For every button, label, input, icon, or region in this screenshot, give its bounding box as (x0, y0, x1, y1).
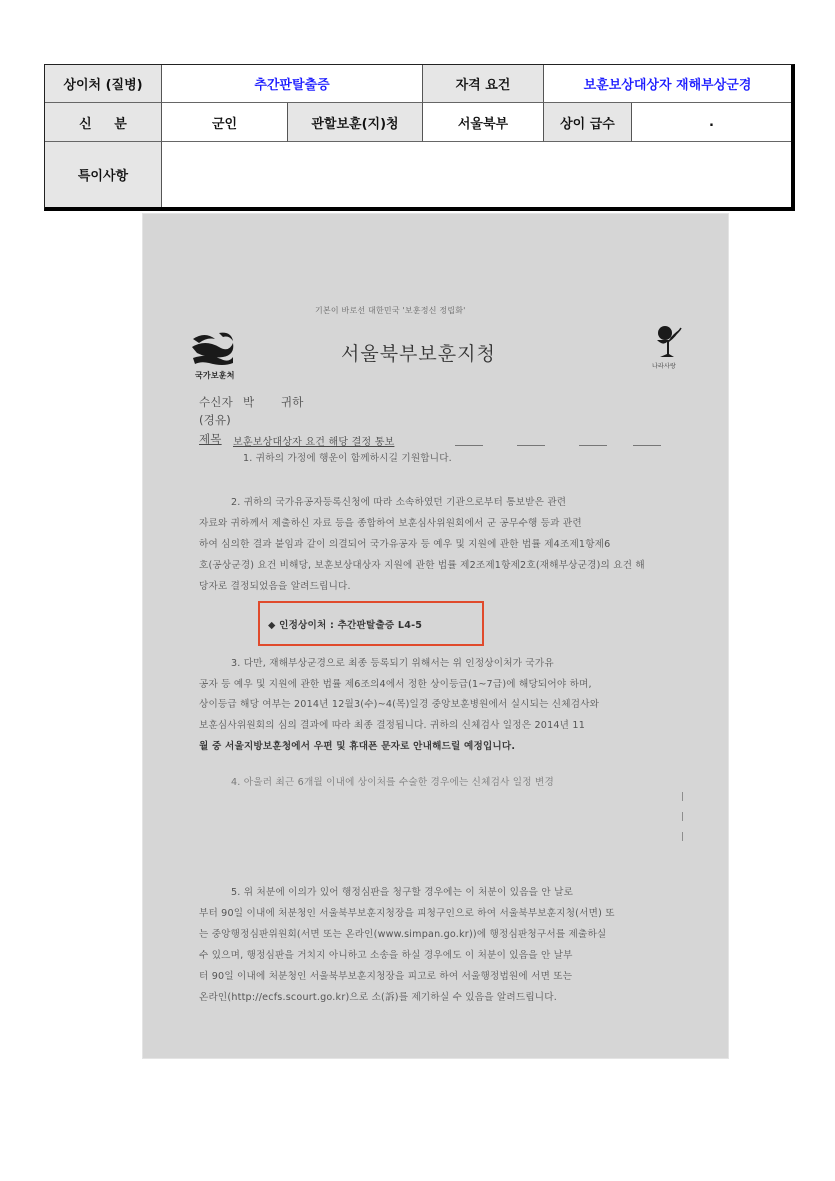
injury-grade-label: 상이 급수 (544, 103, 632, 142)
paragraph-3-line: 3. 다만, 재해부상군경으로 최종 등록되기 위해서는 위 인정상이처가 국가… (231, 655, 554, 669)
paragraph-1: 1. 귀하의 가정에 행운이 함께하시길 기원합니다. (243, 450, 452, 464)
paragraph-2-line: 하여 심의한 결과 붙임과 같이 의결되어 국가유공자 등 예우 및 지원에 관… (199, 536, 610, 550)
paragraph-3-line: 보훈심사위원회의 심의 결과에 따라 최종 결정됩니다. 귀하의 신체검사 일정… (199, 717, 585, 731)
subject-label: 제목 (199, 431, 222, 447)
paragraph-3-line: 상이등급 해당 여부는 2014년 12월3(수)~4(목)일경 중앙보훈병원에… (199, 696, 599, 710)
paragraph-5-line: 수 있으며, 행정심판을 거치지 아니하고 소송을 하실 경우에도 이 처분이 … (199, 947, 573, 961)
injury-label: 상이처 (질병) (45, 65, 162, 103)
subject-blank-line (455, 445, 483, 446)
injury-grade-value: . (632, 103, 791, 142)
paragraph-3-line: 공자 등 예우 및 지원에 관한 법률 제6조의4에서 정한 상이등급(1~7급… (199, 676, 592, 690)
recipient-name: 박 (243, 394, 254, 410)
scan-artifact: | (681, 832, 684, 842)
status-value: 군인 (162, 103, 288, 142)
via-label: (경유) (199, 412, 231, 428)
scanned-notice-letter: 기본이 바로선 대한민국 '보훈정신 정립화' 국가보훈처 서울북부보훈지청 나… (142, 213, 729, 1059)
qualification-label: 자격 요건 (423, 65, 544, 103)
nara-sarang-logo-icon (155, 321, 185, 359)
subject-text: 보훈보상대상자 요건 해당 결정 통보 (233, 433, 394, 448)
paragraph-5-line: 5. 위 처분에 이의가 있어 행정심판을 청구할 경우에는 이 처분이 있음을… (231, 884, 573, 898)
paragraph-5-line: 부터 90일 이내에 처분청인 서울북부보훈지청장을 피청구인으로 하여 서울북… (199, 905, 615, 919)
subject-blank-line (579, 445, 607, 446)
paragraph-2-line: 2. 귀하의 국가유공자등록신청에 따라 소속하였던 기관으로부터 통보받은 관… (231, 494, 566, 508)
recipient-label: 수신자 (199, 394, 233, 410)
paragraph-2-line: 호(공상군경) 요건 비해당, 보훈보상대상자 지원에 관한 법률 제2조제1항… (199, 557, 645, 571)
paragraph-5-line: 는 중앙행정심판위원회(서면 또는 온라인(www.simpan.go.kr))… (199, 926, 606, 940)
injury-value: 추간판탈출증 (162, 65, 423, 103)
recognized-injury-highlight: ◆ 인정상이처 : 추간판탈출증 L4-5 (258, 601, 484, 646)
ministry-logo-label: 국가보훈처 (195, 370, 235, 381)
motto-text: 기본이 바로선 대한민국 '보훈정신 정립화' (315, 305, 466, 316)
ministry-logo-icon (189, 331, 239, 369)
scan-artifact: | (681, 812, 684, 822)
subject-blank-line (517, 445, 545, 446)
nara-sarang-logo-label: 나라사랑 (652, 361, 676, 370)
recipient-honorific: 귀하 (281, 394, 304, 410)
scan-artifact: | (681, 792, 684, 802)
paragraph-2-line: 당자로 결정되었음을 알려드립니다. (199, 578, 351, 592)
jurisdiction-office-value: 서울북부 (423, 103, 544, 142)
recognized-injury-text: ◆ 인정상이처 : 추간판탈출증 L4-5 (268, 617, 422, 631)
paragraph-5-line: 터 90일 이내에 처분청인 서울북부보훈지청장을 피고로 하여 서울행정법원에… (199, 968, 572, 982)
qualification-value: 보훈보상대상자 재해부상군경 (544, 65, 791, 103)
paragraph-2-line: 자료와 귀하께서 제출하신 자료 등을 종합하여 보훈심사위원회에서 군 공무수… (199, 515, 582, 529)
status-label: 신 분 (45, 103, 162, 142)
paragraph-5-line: 온라인(http://ecfs.scourt.go.kr)으로 소(訴)를 제기… (199, 989, 557, 1003)
subject-blank-line (633, 445, 661, 446)
nara-sarang-logo-icon (651, 324, 683, 360)
organization-title: 서울북부보훈지청 (341, 339, 496, 366)
special-notes-value (162, 142, 791, 207)
special-notes-label: 특이사항 (45, 142, 162, 207)
injury-summary-table: 상이처 (질병) 추간판탈출증 자격 요건 보훈보상대상자 재해부상군경 신 분… (44, 64, 795, 211)
paragraph-4-line: 4. 아울러 최근 6개월 이내에 상이처를 수술한 경우에는 신체검사 일정 … (231, 774, 554, 788)
paragraph-3-line: 월 중 서울지방보훈청에서 우편 및 휴대폰 문자로 안내해드릴 예정입니다. (199, 738, 515, 752)
jurisdiction-office-label: 관할보훈(지)청 (288, 103, 423, 142)
